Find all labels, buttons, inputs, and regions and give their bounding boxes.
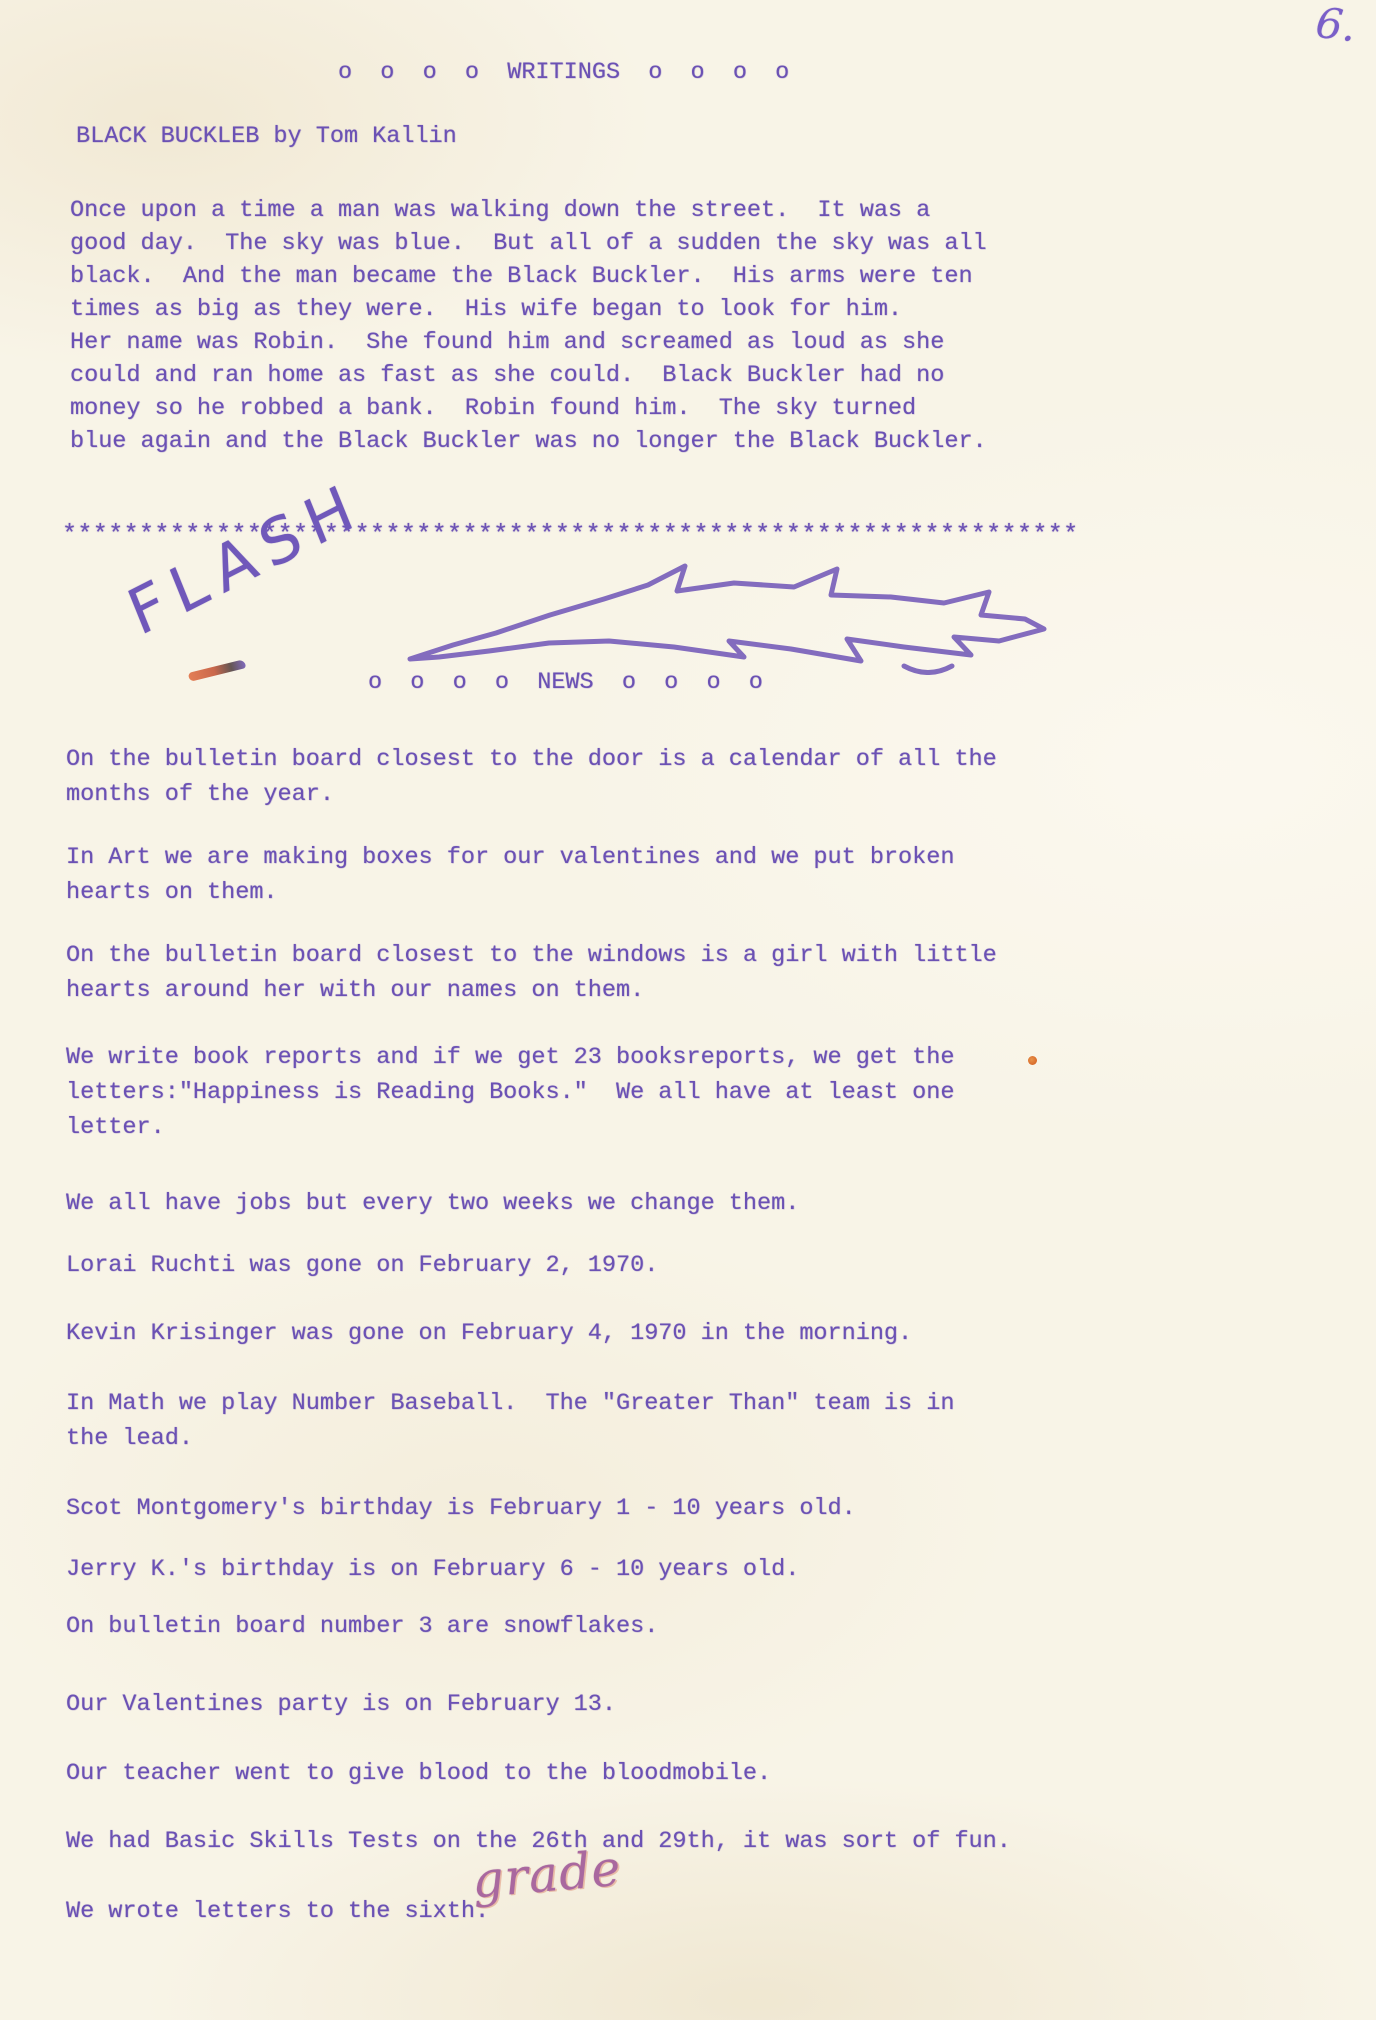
news-item: On the bulletin board closest to the win… bbox=[66, 938, 997, 1008]
ink-dot bbox=[1028, 1056, 1037, 1065]
news-item: In Art we are making boxes for our valen… bbox=[66, 840, 954, 910]
news-item: Our Valentines party is on February 13. bbox=[66, 1687, 616, 1722]
news-item: We all have jobs but every two weeks we … bbox=[66, 1186, 799, 1221]
news-item: Lorai Ruchti was gone on February 2, 197… bbox=[66, 1248, 658, 1283]
news-item: Scot Montgomery's birthday is February 1… bbox=[66, 1491, 856, 1526]
page-number-handwritten: 6. bbox=[1313, 0, 1359, 51]
news-item: We wrote letters to the sixth. bbox=[66, 1894, 489, 1929]
news-item: Our teacher went to give blood to the bl… bbox=[66, 1756, 771, 1791]
news-item: We write book reports and if we get 23 b… bbox=[66, 1040, 954, 1145]
news-item: Kevin Krisinger was gone on February 4, … bbox=[66, 1316, 912, 1351]
newsletter-page: 6. o o o o WRITINGS o o o o BLACK BUCKLE… bbox=[0, 0, 1376, 2020]
news-item: On bulletin board number 3 are snowflake… bbox=[66, 1609, 658, 1644]
story-text: Once upon a time a man was walking down … bbox=[70, 194, 987, 458]
story-title: BLACK BUCKLEB by Tom Kallin bbox=[76, 120, 457, 153]
news-item: Jerry K.'s birthday is on February 6 - 1… bbox=[66, 1552, 799, 1587]
news-item: In Math we play Number Baseball. The "Gr… bbox=[66, 1386, 954, 1456]
grade-handwriting: grade bbox=[470, 1840, 624, 1910]
news-item: On the bulletin board closest to the doo… bbox=[66, 742, 997, 812]
flash-handwriting: FLASH bbox=[118, 466, 373, 650]
news-header: o o o o NEWS o o o o bbox=[368, 666, 763, 699]
flash-ink-smudge bbox=[188, 659, 246, 682]
writings-header: o o o o WRITINGS o o o o bbox=[338, 56, 789, 89]
